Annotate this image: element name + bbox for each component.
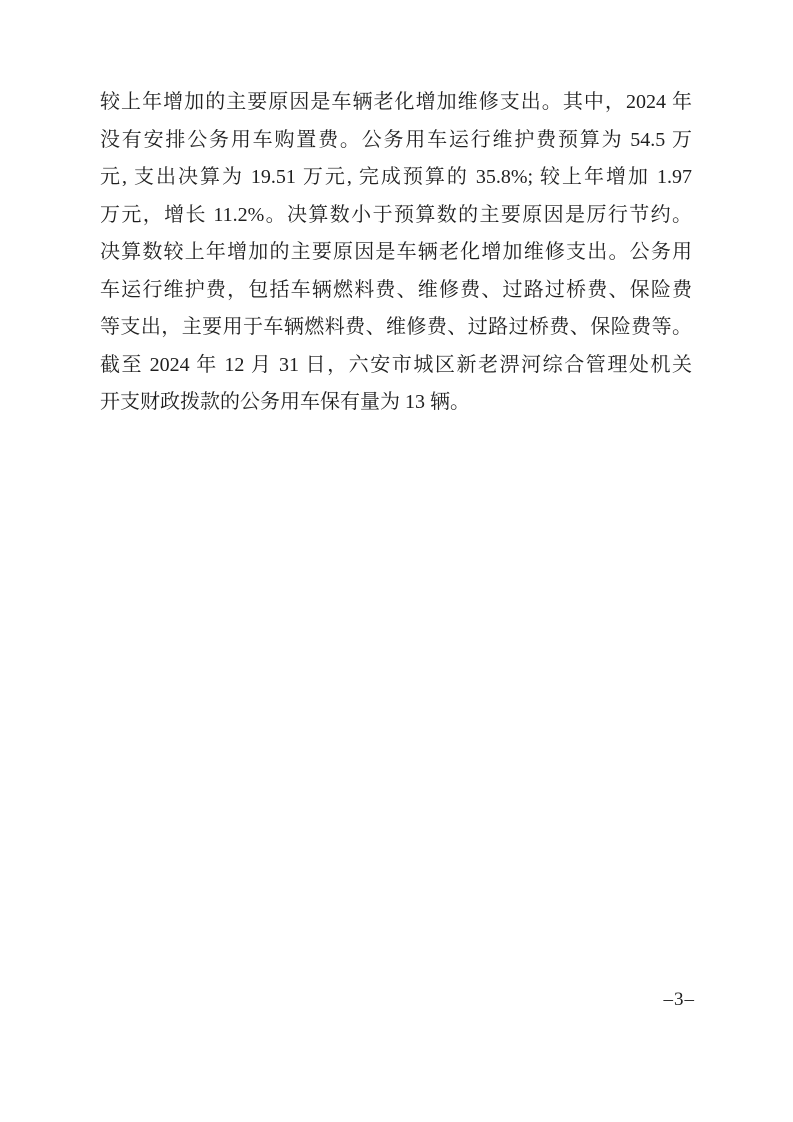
body-text-line: 车运行维护费，包括车辆燃料费、维修费、过路过桥费、保险费	[100, 272, 692, 310]
body-text-line: 较上年增加的主要原因是车辆老化增加维修支出。其中，2024 年	[100, 84, 692, 122]
page-number: –3–	[664, 988, 696, 1012]
document-page: 较上年增加的主要原因是车辆老化增加维修支出。其中，2024 年 没有安排公务用车…	[0, 0, 793, 1122]
body-text-line: 元, 支出决算为 19.51 万元, 完成预算的 35.8%; 较上年增加 1.…	[100, 159, 692, 197]
body-text-line: 决算数较上年增加的主要原因是车辆老化增加维修支出。公务用	[100, 234, 692, 272]
body-text-line: 截至 2024 年 12 月 31 日，六安市城区新老淠河综合管理处机关	[100, 347, 692, 385]
body-text-line: 开支财政拨款的公务用车保有量为 13 辆。	[100, 384, 692, 422]
body-text-line: 没有安排公务用车购置费。公务用车运行维护费预算为 54.5 万	[100, 122, 692, 160]
body-text: 较上年增加的主要原因是车辆老化增加维修支出。其中，2024 年 没有安排公务用车…	[100, 84, 692, 422]
body-text-line: 等支出，主要用于车辆燃料费、维修费、过路过桥费、保险费等。	[100, 309, 692, 347]
body-text-line: 万元，增长 11.2%。决算数小于预算数的主要原因是厉行节约。	[100, 197, 692, 235]
